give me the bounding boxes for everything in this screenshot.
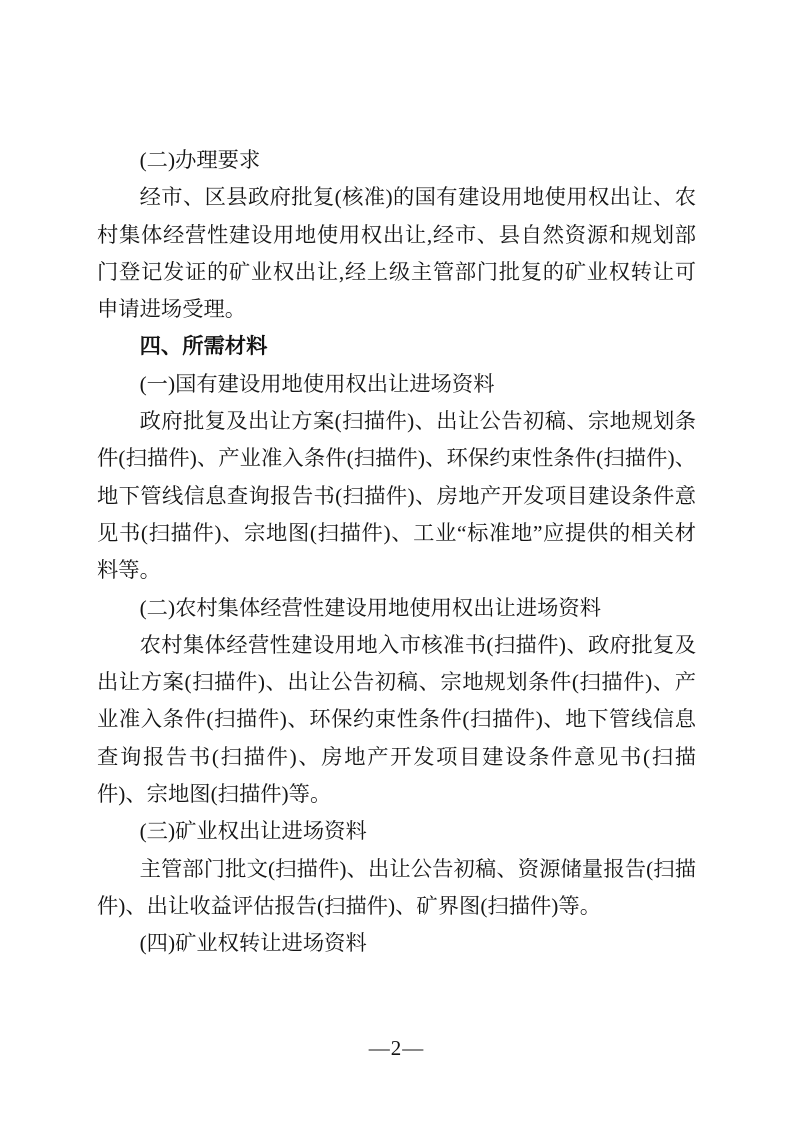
subheading-rural-collective-land-grant: (二)农村集体经营性建设用地使用权出让进场资料 [97,590,696,627]
subheading-mining-rights-transfer: (四)矿业权转让进场资料 [97,925,696,962]
subheading-handling-requirements: (二)办理要求 [97,142,696,179]
page-number: —2— [369,1036,425,1060]
para-mining-rights-grant-materials: 主管部门批文(扫描件)、出让公告初稿、资源储量报告(扫描件)、出让收益评估报告(… [97,851,696,926]
para-state-land-grant-materials: 政府批复及出让方案(扫描件)、出让公告初稿、宗地规划条件(扫描件)、产业准入条件… [97,403,696,589]
subheading-mining-rights-grant: (三)矿业权出让进场资料 [97,813,696,850]
heading-required-materials: 四、所需材料 [97,328,696,365]
para-handling-requirements: 经市、区县政府批复(核准)的国有建设用地使用权出让、农村集体经营性建设用地使用权… [97,179,696,328]
document-body: (二)办理要求 经市、区县政府批复(核准)的国有建设用地使用权出让、农村集体经营… [97,142,696,963]
page-footer: —2— [0,1034,793,1062]
document-page: (二)办理要求 经市、区县政府批复(核准)的国有建设用地使用权出让、农村集体经营… [0,0,793,1122]
para-rural-collective-land-materials: 农村集体经营性建设用地入市核准书(扫描件)、政府批复及出让方案(扫描件)、出让公… [97,627,696,813]
subheading-state-land-grant: (一)国有建设用地使用权出让进场资料 [97,366,696,403]
